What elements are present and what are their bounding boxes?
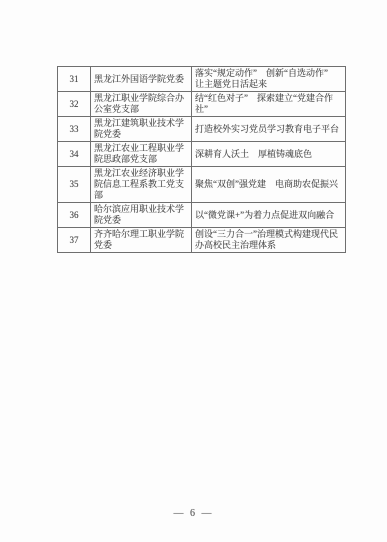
project-title-cell: 深耕育人沃土 厚植铸魂底色 <box>192 142 346 167</box>
table-row: 36哈尔滨应用职业技术学院党委以“微党课+”为着力点促进双向融合 <box>58 203 346 228</box>
organization-cell: 黑龙江农业经济职业学院信息工程系教工党支部 <box>91 167 192 203</box>
table-row: 34黑龙江农业工程职业学院思政部党支部深耕育人沃土 厚植铸魂底色 <box>58 142 346 167</box>
organization-cell: 齐齐哈尔理工职业学院党委 <box>91 228 192 253</box>
row-number-cell: 37 <box>58 228 91 253</box>
organization-cell: 黑龙江农业工程职业学院思政部党支部 <box>91 142 192 167</box>
project-title-cell: 以“微党课+”为着力点促进双向融合 <box>192 203 346 228</box>
row-number-cell: 31 <box>58 67 91 92</box>
organization-cell: 黑龙江外国语学院党委 <box>91 67 192 92</box>
project-title-cell: 创设“三力合一”治理模式构建现代民办高校民主治理体系 <box>192 228 346 253</box>
table-row: 35黑龙江农业经济职业学院信息工程系教工党支部聚焦“双创”强党建 电商助农促振兴 <box>58 167 346 203</box>
table-row: 33黑龙江建筑职业技术学院党委打造校外实习党员学习教育电子平台 <box>58 117 346 142</box>
page-number: — 6 — <box>0 508 387 519</box>
document-page: 31黑龙江外国语学院党委落实“规定动作” 创新“自选动作” 让主题党日活起来32… <box>0 0 387 542</box>
table-row: 32黑龙江职业学院综合办公室党支部结“红色对子” 探索建立“党建合作社” <box>58 92 346 117</box>
organization-cell: 黑龙江职业学院综合办公室党支部 <box>91 92 192 117</box>
projects-table: 31黑龙江外国语学院党委落实“规定动作” 创新“自选动作” 让主题党日活起来32… <box>57 66 346 253</box>
row-number-cell: 36 <box>58 203 91 228</box>
organization-cell: 黑龙江建筑职业技术学院党委 <box>91 117 192 142</box>
table-row: 31黑龙江外国语学院党委落实“规定动作” 创新“自选动作” 让主题党日活起来 <box>58 67 346 92</box>
row-number-cell: 33 <box>58 117 91 142</box>
row-number-cell: 35 <box>58 167 91 203</box>
projects-table-body: 31黑龙江外国语学院党委落实“规定动作” 创新“自选动作” 让主题党日活起来32… <box>58 67 346 253</box>
project-title-cell: 聚焦“双创”强党建 电商助农促振兴 <box>192 167 346 203</box>
table-row: 37齐齐哈尔理工职业学院党委创设“三力合一”治理模式构建现代民办高校民主治理体系 <box>58 228 346 253</box>
project-title-cell: 打造校外实习党员学习教育电子平台 <box>192 117 346 142</box>
organization-cell: 哈尔滨应用职业技术学院党委 <box>91 203 192 228</box>
row-number-cell: 34 <box>58 142 91 167</box>
project-title-cell: 落实“规定动作” 创新“自选动作” 让主题党日活起来 <box>192 67 346 92</box>
project-title-cell: 结“红色对子” 探索建立“党建合作社” <box>192 92 346 117</box>
row-number-cell: 32 <box>58 92 91 117</box>
